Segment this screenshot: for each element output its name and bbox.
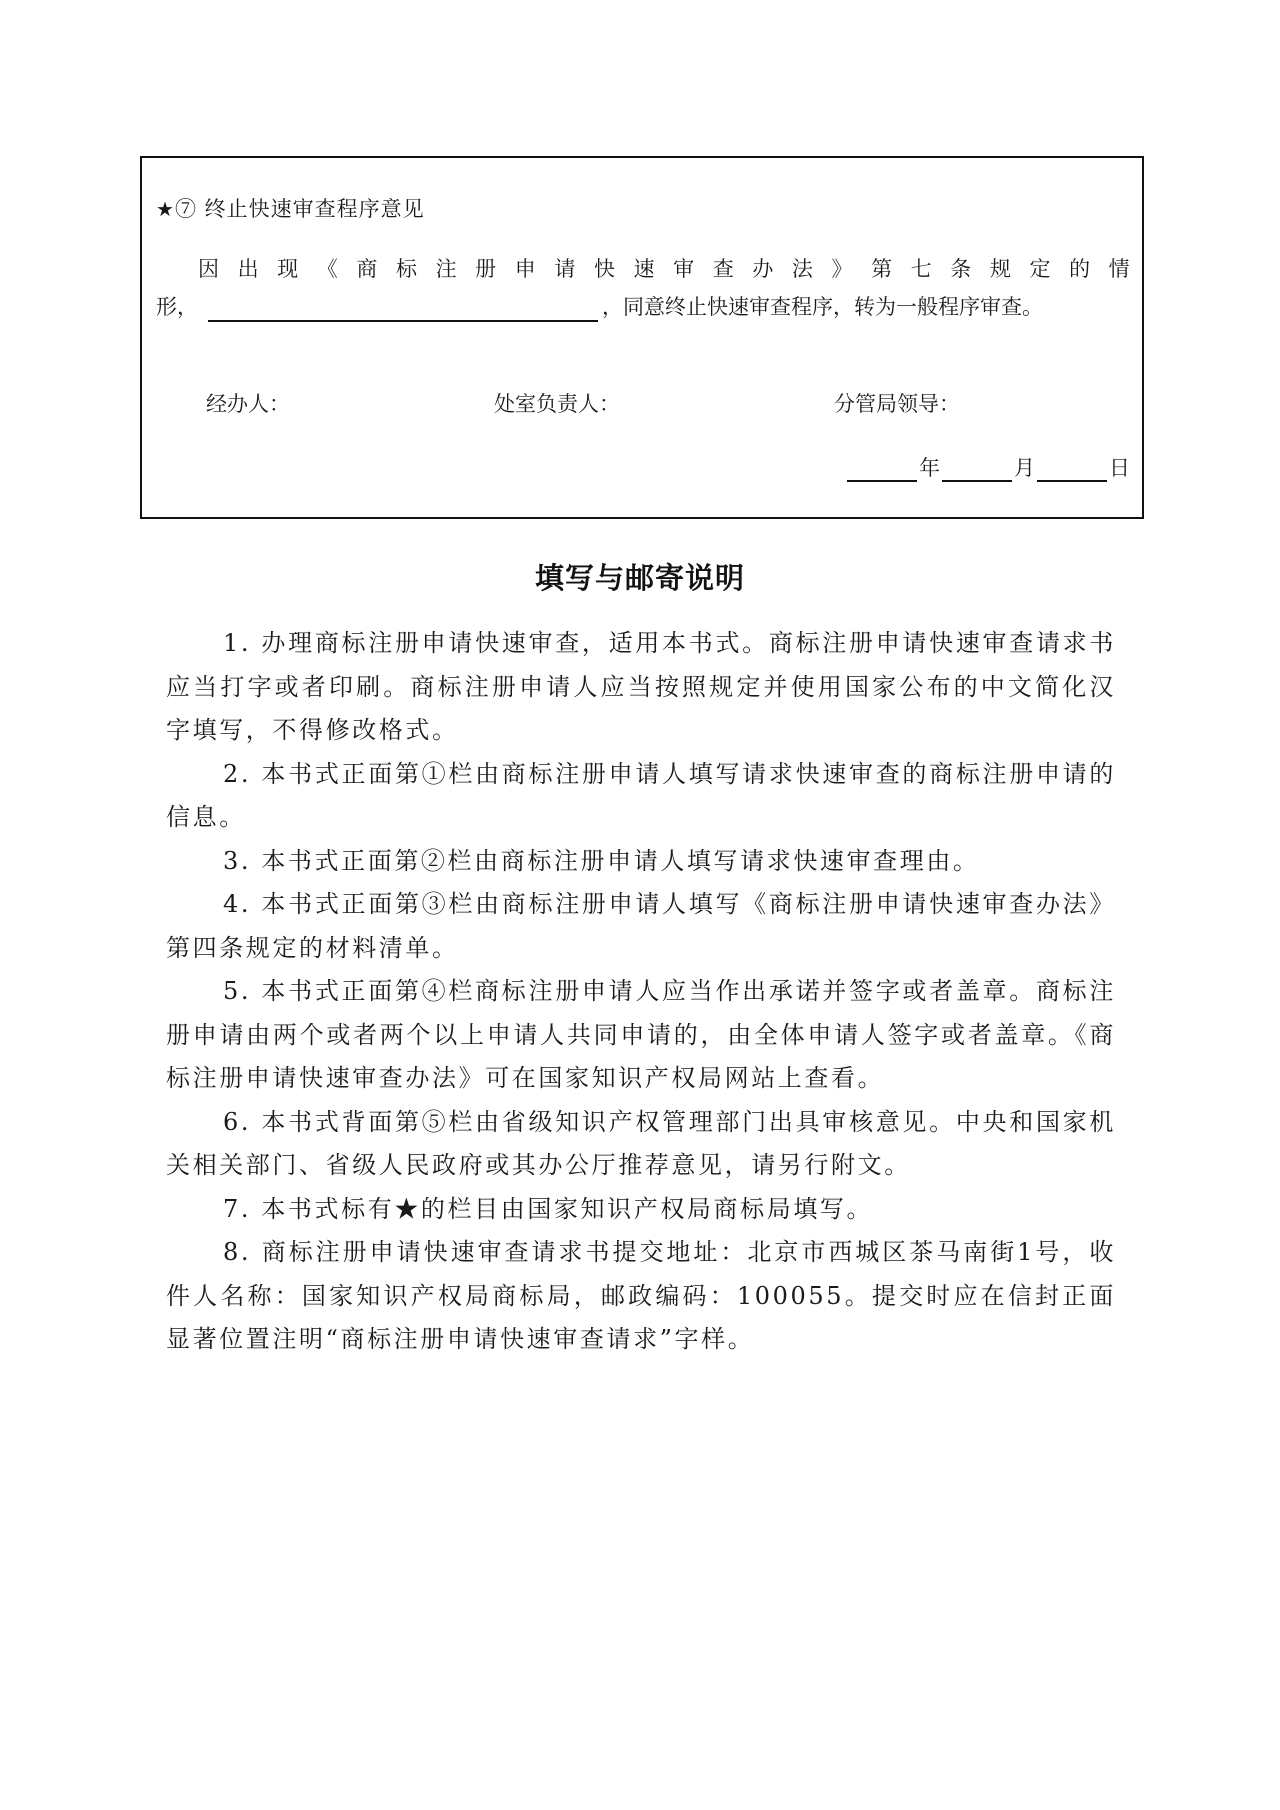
handler-signature-label: 经办人： bbox=[206, 390, 290, 418]
opinion-line-1-char: 商 bbox=[356, 254, 377, 284]
opinion-line-1-char: 请 bbox=[554, 254, 575, 284]
opinion-line-2: 形， ，同意终止快速审查程序，转为一般程序审查。 bbox=[156, 292, 1043, 322]
instructions-title: 填写与邮寄说明 bbox=[0, 560, 1280, 596]
opinion-line-1-char: 查 bbox=[713, 254, 734, 284]
opinion-line-1-char: 现 bbox=[277, 254, 298, 284]
document-page: ★⑦ 终止快速审查程序意见 因出现《商标注册申请快速审查办法》第七条规定的情 形… bbox=[0, 0, 1280, 1810]
instruction-item-5: 5. 本书式正面第④栏商标注册申请人应当作出承诺并签字或者盖章。商标注册申请由两… bbox=[166, 970, 1116, 1101]
reason-blank-field[interactable] bbox=[208, 296, 598, 322]
instruction-item-7: 7. 本书式标有★的栏目由国家知识产权局商标局填写。 bbox=[166, 1188, 1116, 1232]
opinion-line-1-char: 快 bbox=[594, 254, 615, 284]
opinion-line-1-char: 申 bbox=[515, 254, 536, 284]
division-head-signature-label: 处室负责人： bbox=[494, 390, 620, 418]
line2-prefix: 形， bbox=[156, 292, 198, 322]
instruction-item-8: 8. 商标注册申请快速审查请求书提交地址：北京市西城区茶马南街1号，收件人名称：… bbox=[166, 1231, 1116, 1362]
month-blank-field[interactable] bbox=[942, 458, 1012, 482]
section-title-text: 终止快速审查程序意见 bbox=[205, 197, 425, 221]
opinion-line-1-char: 册 bbox=[475, 254, 496, 284]
opinion-line-1-char: 注 bbox=[436, 254, 457, 284]
opinion-line-1-char: 《 bbox=[317, 254, 338, 284]
opinion-line-1-char: 出 bbox=[238, 254, 259, 284]
instruction-item-1: 1. 办理商标注册申请快速审查，适用本书式。商标注册申请快速审查请求书应当打字或… bbox=[166, 622, 1116, 753]
opinion-line-1: 因出现《商标注册申请快速审查办法》第七条规定的情 bbox=[156, 254, 1130, 284]
year-blank-field[interactable] bbox=[847, 458, 917, 482]
line2-suffix: ，同意终止快速审查程序，转为一般程序审查。 bbox=[602, 292, 1043, 322]
instruction-item-6: 6. 本书式背面第⑤栏由省级知识产权管理部门出具审核意见。中央和国家机关相关部门… bbox=[166, 1101, 1116, 1188]
opinion-line-1-char: 七 bbox=[911, 254, 932, 284]
termination-opinion-box: ★⑦ 终止快速审查程序意见 因出现《商标注册申请快速审查办法》第七条规定的情 形… bbox=[140, 156, 1144, 519]
opinion-line-1-char: 情 bbox=[1109, 254, 1130, 284]
star-icon: ★ bbox=[156, 197, 175, 221]
date-row: 年 月 日 bbox=[845, 454, 1130, 482]
year-label: 年 bbox=[919, 454, 940, 482]
circled-number: ⑦ bbox=[175, 197, 197, 221]
opinion-line-1-char: 》 bbox=[832, 254, 853, 284]
opinion-line-1-char: 第 bbox=[871, 254, 892, 284]
instruction-item-3: 3. 本书式正面第②栏由商标注册申请人填写请求快速审查理由。 bbox=[166, 840, 1116, 884]
opinion-line-1-char: 因 bbox=[198, 254, 219, 284]
day-label: 日 bbox=[1109, 454, 1130, 482]
opinion-line-1-char: 审 bbox=[673, 254, 694, 284]
section-title: ★⑦ 终止快速审查程序意见 bbox=[156, 196, 425, 222]
day-blank-field[interactable] bbox=[1037, 458, 1107, 482]
opinion-line-1-char: 的 bbox=[1069, 254, 1090, 284]
instruction-item-2: 2. 本书式正面第①栏由商标注册申请人填写请求快速审查的商标注册申请的信息。 bbox=[166, 753, 1116, 840]
opinion-line-1-char: 法 bbox=[792, 254, 813, 284]
opinion-line-1-char: 定 bbox=[1029, 254, 1050, 284]
bureau-leader-signature-label: 分管局领导： bbox=[834, 390, 960, 418]
opinion-line-1-char: 规 bbox=[990, 254, 1011, 284]
opinion-line-1-char: 标 bbox=[396, 254, 417, 284]
opinion-line-1-char: 条 bbox=[950, 254, 971, 284]
opinion-line-1-char: 速 bbox=[634, 254, 655, 284]
opinion-line-1-char: 办 bbox=[752, 254, 773, 284]
month-label: 月 bbox=[1014, 454, 1035, 482]
instructions-list: 1. 办理商标注册申请快速审查，适用本书式。商标注册申请快速审查请求书应当打字或… bbox=[166, 622, 1116, 1362]
instruction-item-4: 4. 本书式正面第③栏由商标注册申请人填写《商标注册申请快速审查办法》第四条规定… bbox=[166, 883, 1116, 970]
